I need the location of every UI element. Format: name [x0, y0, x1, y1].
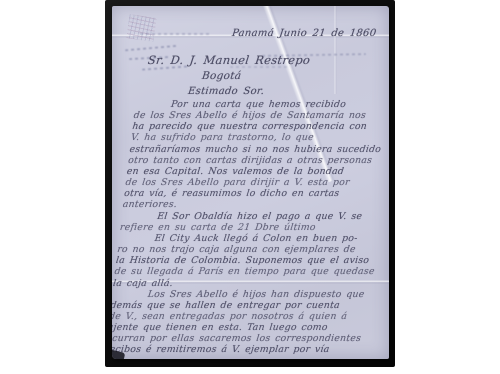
letter-addressee: Sr. D. J. Manuel Restrepo	[147, 53, 311, 67]
letter-line: otro tanto con cartas dirijidas a otras …	[128, 155, 389, 166]
letter-line: la caja allá.	[112, 278, 377, 289]
letter-paper: Panamá Junio 21 de 1860 Sr. D. J. Manuel…	[112, 6, 389, 359]
letter-line: de su llegada á París en tiempo para que…	[114, 266, 379, 277]
ghost-ink-mark	[125, 45, 179, 52]
letter-line: ha parecido que nuestra correspondencia …	[132, 121, 389, 132]
letter-line: V. ha sufrido para trastorno, lo que	[130, 132, 389, 143]
letter-line: Por una carta que hemos recibido	[134, 99, 389, 110]
letter-line: de los Sres Abello é hijos de Santamaría…	[133, 110, 389, 121]
letter-body: Por una carta que hemos recibidode los S…	[112, 99, 389, 356]
letter-line: estrañaríamos mucho si no nos hubiera su…	[129, 144, 389, 155]
letter-line: Los Sres Abello é hijos han dispuesto qu…	[112, 289, 376, 300]
letter-line: otra vía, é reasumimos lo dicho en carta…	[123, 188, 388, 199]
letter-line: ajente que tienen en esta. Tan luego com…	[112, 322, 372, 333]
letter-line: en esa Capital. Nos valemos de la bondad	[126, 166, 389, 177]
embossed-grid-stamp	[126, 14, 156, 42]
letter-line: anteriores.	[122, 199, 387, 210]
ghost-ink-mark	[140, 33, 210, 35]
letter-place: Bogotá	[201, 70, 242, 82]
letter-line: de V., sean entregadas por nosotros á qu…	[112, 311, 374, 322]
letter-photograph-backdrop: Panamá Junio 21 de 1860 Sr. D. J. Manuel…	[105, 0, 395, 367]
letter-line: El City Auck llegó á Colon en buen po-	[118, 233, 383, 244]
letter-line: recibos é remitiremos á V. ejemplar por …	[112, 344, 370, 355]
fold-crease-vertical	[334, 6, 337, 94]
letter-line: ocurran por ellas sacaremos los correspo…	[112, 333, 371, 344]
letter-line: El Sor Obaldía hizo el pago a que V. se	[121, 211, 386, 222]
letter-line: ro no nos trajo caja alguna con ejemplar…	[117, 244, 382, 255]
letter-line: refiere en su carta de 21 Dbre último	[119, 222, 384, 233]
letter-line: la Historia de Colombia. Suponemos que e…	[115, 255, 380, 266]
letter-line: demás que se hallen de entregar por cuen…	[112, 300, 375, 311]
letter-dateline: Panamá Junio 21 de 1860	[231, 28, 377, 39]
letter-salutation: Estimado Sor.	[187, 86, 265, 97]
letter-line: de los Sres Abello para dirijir a V. est…	[125, 177, 389, 188]
